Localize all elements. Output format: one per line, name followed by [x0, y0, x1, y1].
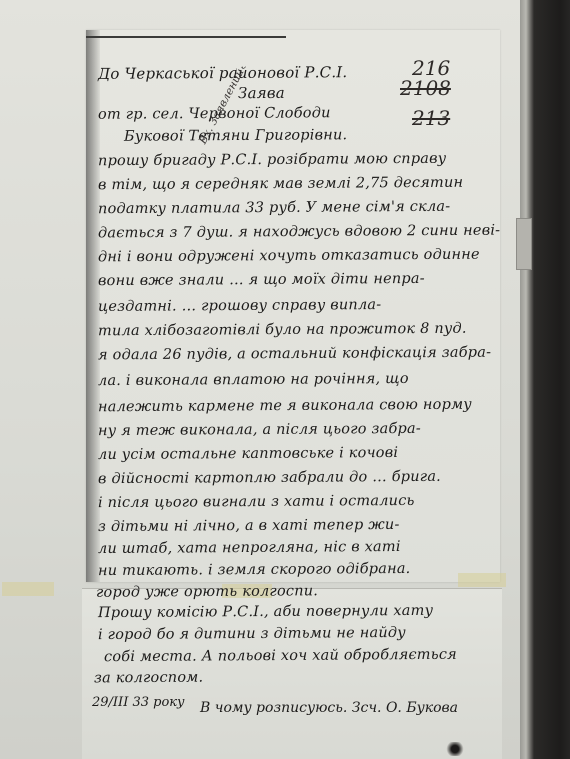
body-line: з дітьми ні лічно, а в хаті тепер жи- [98, 517, 400, 535]
crossed-number: 2108 [400, 76, 451, 100]
petition-line: Прошу комісію Р.С.І., аби повернули хату [98, 603, 433, 621]
body-line: дається з 7 душ. я находжусь вдовою 2 си… [98, 223, 500, 242]
signature: В чому розписуюсь. Зсч. О. Букова [200, 700, 458, 716]
body-line: податку платила 33 руб. У мене сім'я скл… [98, 199, 450, 217]
body-line: дні і вони одружені хочуть отказатись од… [98, 247, 480, 266]
petition-line: собі места. А польові хоч хай обробляєть… [104, 647, 457, 665]
body-line: я одала 26 пудів, а остальний конфіскаці… [98, 345, 491, 364]
body-line: прошу бригаду Р.С.І. розібрати мою справ… [98, 151, 446, 169]
crossed-number: 213 [412, 106, 450, 130]
body-line: вони вже знали … я що моїх діти непра- [98, 271, 425, 289]
body-line: ну я теж виконала, а після цього забра- [98, 421, 421, 439]
body-line: в тім, що я середняк мав землі 2,75 деся… [98, 175, 463, 194]
body-line: ли штаб, хата непрогляна, ніс в хаті [98, 539, 401, 557]
body-line: тила хлібозаготівлі було на прожиток 8 п… [98, 321, 467, 340]
display-frame [520, 0, 570, 759]
tape-strip [2, 582, 54, 596]
sender-name-line: Букової Тетяни Григорівни. [124, 127, 347, 145]
body-line: ли усім остальне каптовське і кочові [98, 445, 398, 463]
body-line: город уже орють колгоспи. [96, 583, 318, 601]
addressee-line: До Черкаської районової Р.С.І. [98, 63, 347, 83]
frame-clip [516, 218, 532, 270]
document-date: 29/III 33 року [92, 695, 185, 710]
petition-line: і город бо я дитини з дітьми не найду [98, 625, 406, 643]
tape-strip [458, 573, 506, 587]
body-line: в дійсності картоплю забрали до … брига. [98, 469, 441, 487]
body-line: ни тикають. і земля скорого одібрана. [98, 561, 411, 579]
paper-top-rule [86, 36, 286, 38]
body-line: цездатні. … грошову справу випла- [98, 297, 381, 315]
body-line: ла. і виконала вплатою на рочіння, що [98, 371, 409, 389]
document-title: Заява [238, 84, 285, 102]
petition-line: за колгоспом. [94, 670, 203, 687]
ink-blot [445, 742, 465, 756]
body-line: належить кармене те я виконала свою норм… [98, 397, 472, 416]
body-line: і після цього вигнали з хати і остались [98, 493, 415, 511]
